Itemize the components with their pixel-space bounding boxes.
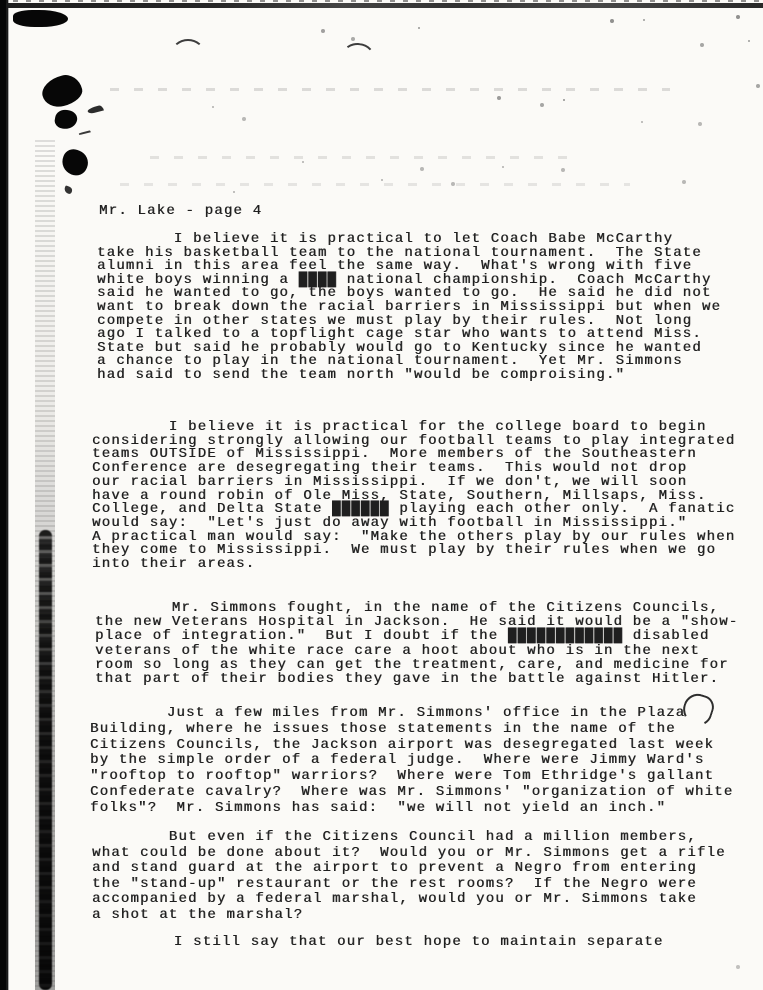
faint-smudge-row (110, 88, 670, 91)
text-line: Confederate cavalry? Where was Mr. Simmo… (90, 785, 733, 801)
text-line: the "stand-up" restaurant or the rest ro… (92, 877, 726, 893)
text-line: that part of their bodies they gave in t… (95, 672, 738, 686)
text-line: "rooftop to rooftop" warriors? Where wer… (90, 769, 733, 785)
paragraph-2: I believe it is practical for the colleg… (92, 421, 735, 572)
hole-punch-arc (171, 39, 205, 69)
scanned-document-page: Mr. Lake - page 4 I believe it is practi… (0, 0, 763, 990)
text-line: a shot at the marshal? (92, 908, 726, 924)
text-line: place of integration." But I doubt if th… (95, 629, 738, 643)
text-line: room so long as they can get the treatme… (95, 658, 738, 672)
text-line: into their areas. (92, 558, 735, 572)
text-line: I still say that our best hope to mainta… (97, 935, 663, 950)
scan-edge-dashes (0, 0, 763, 2)
faint-smudge-row (150, 156, 580, 159)
text-line: what could be done about it? Would you o… (92, 846, 726, 862)
text-line: Mr. Simmons fought, in the name of the C… (95, 601, 738, 615)
ink-blob (54, 108, 79, 131)
text-line: accompanied by a federal marshal, would … (92, 892, 726, 908)
text-line: But even if the Citizens Council had a m… (92, 830, 726, 846)
text-line: Citizens Councils, the Jackson airport w… (90, 738, 733, 754)
ink-blob (39, 72, 85, 111)
left-dark-streak (39, 530, 52, 990)
text-line: had said to send the team north "would b… (97, 369, 721, 383)
paragraph-4: Just a few miles from Mr. Simmons' offic… (90, 706, 733, 817)
text-line: Just a few miles from Mr. Simmons' offic… (90, 706, 733, 722)
paragraph-3: Mr. Simmons fought, in the name of the C… (95, 601, 738, 686)
film-edge-bar (0, 0, 9, 990)
paragraph-6: I still say that our best hope to mainta… (97, 935, 663, 950)
faint-smudge-row (120, 183, 630, 186)
scan-speckles (0, 0, 2, 2)
left-smudge-streak (35, 140, 55, 990)
scan-top-edge-line (0, 3, 763, 8)
paragraph-1: I believe it is practical to let Coach B… (97, 233, 721, 383)
ink-blob (13, 10, 68, 27)
page-header-text: Mr. Lake - page 4 (99, 204, 262, 219)
text-line: Building, where he issues those statemen… (90, 722, 733, 738)
text-line: by the simple order of a federal judge. … (90, 753, 733, 769)
paragraph-5: But even if the Citizens Council had a m… (92, 830, 726, 923)
text-line: folks"? Mr. Simmons has said: "we will n… (90, 801, 733, 817)
text-line: and stand guard at the airport to preven… (92, 861, 726, 877)
page-header: Mr. Lake - page 4 (99, 204, 262, 219)
ink-blob (58, 146, 91, 179)
hole-punch-arc (340, 41, 377, 74)
text-line: veterans of the white race care a hoot a… (95, 644, 738, 658)
